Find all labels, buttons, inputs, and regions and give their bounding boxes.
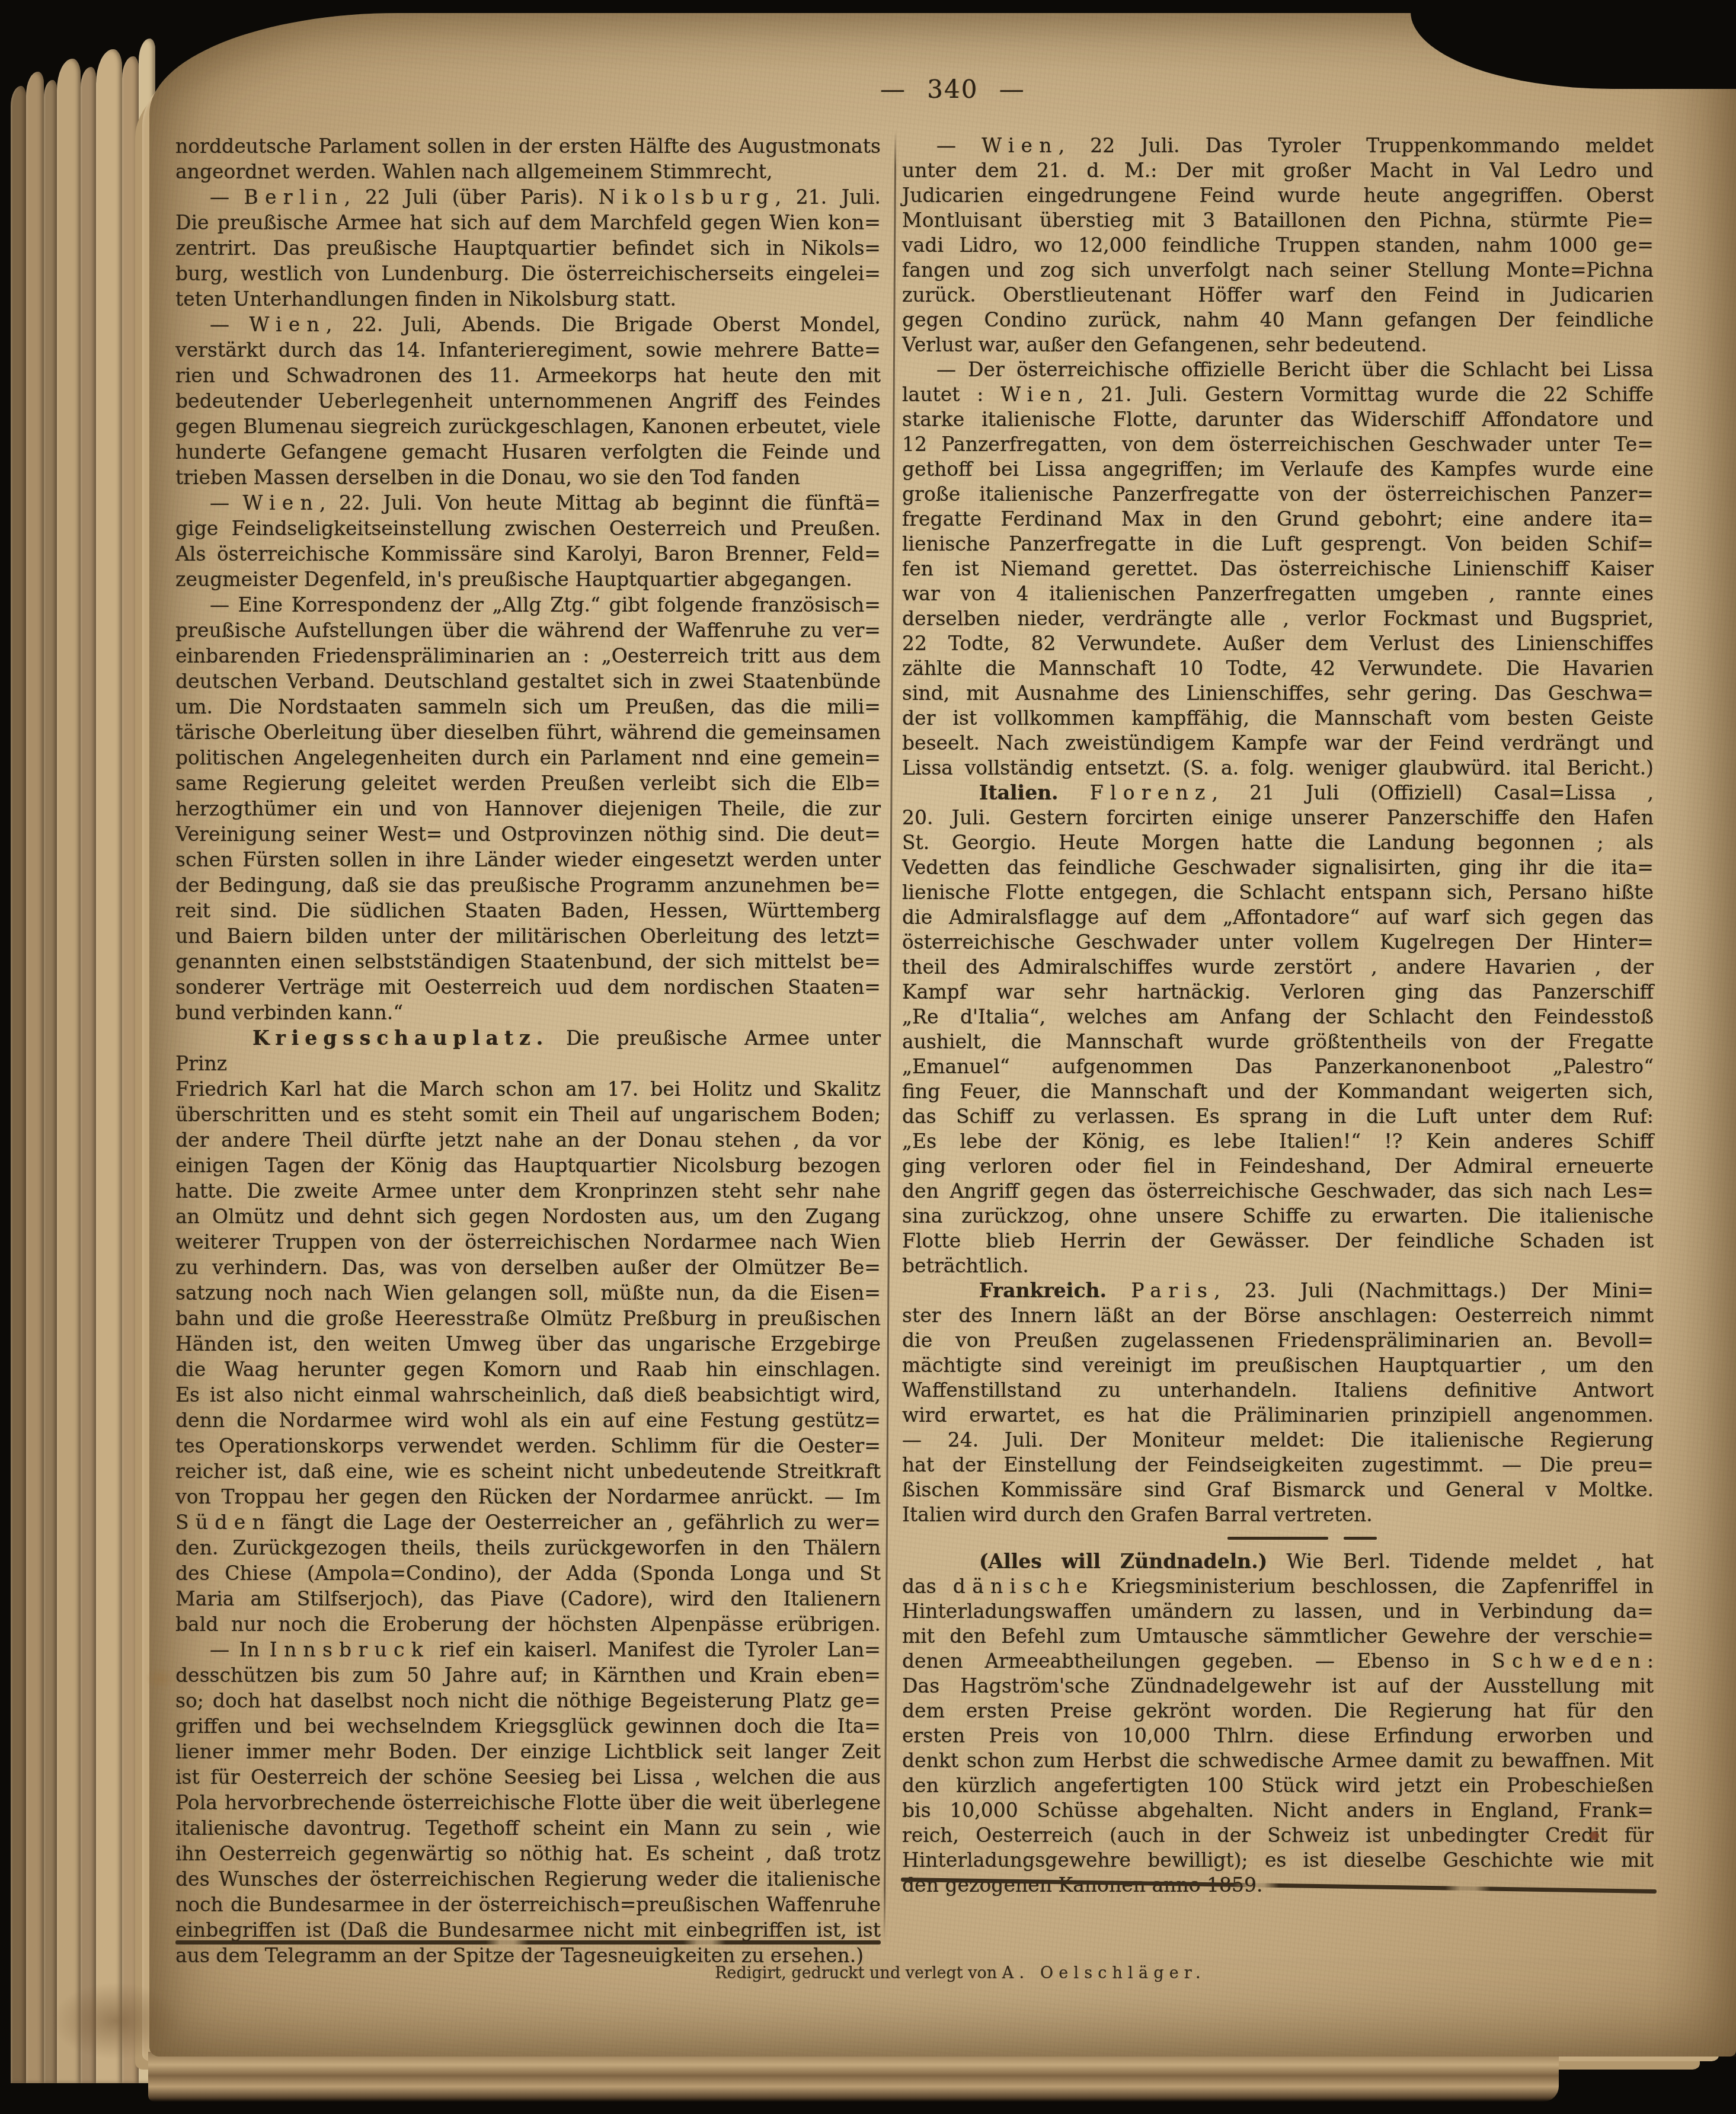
text-segment: dem ersten Preise gekrönt worden. Die Re… <box>902 1699 1654 1722</box>
text-line: preußische Aufstellungen über die währen… <box>175 618 881 643</box>
text-segment: hatte. Die zweite Armee unter dem Kronpr… <box>175 1179 881 1202</box>
text-segment: lienische Flotte entgegen, die Schlacht … <box>902 881 1654 904</box>
text-line: — Wien, 22 Juli. Das Tyroler Truppenkomm… <box>902 133 1654 158</box>
text-segment: rief ein kaiserl. Manifest die Tyroler L… <box>430 1638 881 1661</box>
text-segment: ster des Innern läßt an der Börse anschl… <box>902 1304 1654 1327</box>
text-segment: die von Preußen zugelassenen Friedensprä… <box>902 1329 1654 1352</box>
text-segment: einigen Tagen der König das Hauptquartie… <box>175 1154 881 1177</box>
text-segment: Innsbruck <box>270 1638 430 1661</box>
text-segment: desschützen bis zum 50 Jahre auf; in Kär… <box>175 1664 881 1687</box>
text-segment: von Troppau her gegen den Rücken der Nor… <box>175 1485 881 1508</box>
text-line: fen ist Niemand gerettet. Das österreich… <box>902 557 1654 581</box>
text-segment: „Emanuel“ aufgenommen Das Panzerkanonenb… <box>902 1055 1654 1078</box>
text-line: lienische Panzerfregatte in die Luft ges… <box>902 532 1654 557</box>
text-line: Kampf war sehr hartnäckig. Verloren ging… <box>902 980 1654 1005</box>
text-segment: das <box>902 1575 953 1598</box>
text-segment: Wien <box>1000 383 1078 406</box>
text-segment: wird erwartet, es hat die Präliminarien … <box>902 1403 1654 1427</box>
text-line: reich, Oesterreich (auch in der Schweiz … <box>902 1823 1654 1848</box>
text-segment: die Admiralsflagge auf dem „Affontadore“… <box>902 906 1654 929</box>
text-segment: war von 4 italienischen Panzerfregatten … <box>902 582 1654 605</box>
page-edge-strip <box>57 59 81 2083</box>
text-line: des Wunsches der österreichischen Regier… <box>175 1866 881 1892</box>
text-segment: denen Armeeabtheilungen gegeben. — Ebens… <box>902 1649 1492 1672</box>
text-segment: weiterer Truppen von der österreichische… <box>175 1230 881 1253</box>
text-segment: , 22 Juli. Das Tyroler Truppenkommando m… <box>1059 134 1654 157</box>
text-line: bund verbinden kann.“ <box>175 1000 881 1025</box>
text-line: die von Preußen zugelassenen Friedensprä… <box>902 1328 1654 1353</box>
text-segment: Florenz <box>1090 781 1212 804</box>
text-line: Frankreich. Paris, 23. Juli (Nachmittags… <box>902 1278 1654 1303</box>
text-segment: schen Fürsten sollen in ihre Länder wied… <box>175 848 881 871</box>
text-segment: denn die Nordarmee wird wohl als ein auf… <box>175 1409 881 1432</box>
text-line: gegen Condino zurück, nahm 40 Mann gefan… <box>902 308 1654 332</box>
text-segment: verstärkt durch das 14. Infanterieregime… <box>175 338 881 362</box>
text-line: an Olmütz und dehnt sich gegen Nordosten… <box>175 1204 881 1229</box>
text-line: same Regierung geleitet werden Preußen v… <box>175 770 881 796</box>
text-line: Das Hagström'sche Zündnadelgewehr ist au… <box>902 1674 1654 1699</box>
page-edge-strip <box>81 67 96 2083</box>
text-segment: Friedrich Karl hat die March schon am 17… <box>175 1077 881 1101</box>
scanned-newspaper-photo: { "page": { "header_display": "— 340 —" … <box>0 0 1736 2114</box>
text-line: denkt schon zum Herbst die schwedische A… <box>902 1748 1654 1773</box>
text-segment: aushielt, die Mannschaft wurde größtenth… <box>902 1030 1654 1053</box>
text-line: Waffenstillstand zu unterhandeln. Italie… <box>902 1378 1654 1403</box>
text-segment: den. Zurückgezogen theils, theils zurück… <box>175 1536 881 1559</box>
text-line: den. Zurückgezogen theils, theils zurück… <box>175 1535 881 1560</box>
text-line: das Schiff zu verlassen. Es sprang in di… <box>902 1104 1654 1129</box>
text-line: Hinterladungswaffen umändern zu lassen, … <box>902 1599 1654 1624</box>
text-line: zeugmeister Degenfeld, in's preußische H… <box>175 567 881 592</box>
text-segment: der andere Theil dürfte jetzt nahe an de… <box>175 1128 881 1152</box>
text-line: Pola hervorbrechende österreichische Flo… <box>175 1790 881 1815</box>
column-right: — Wien, 22 Juli. Das Tyroler Truppenkomm… <box>902 133 1654 1898</box>
text-segment: fing Feuer, die Mannschaft und der Komma… <box>902 1080 1654 1103</box>
text-segment: überschritten und es steht somit ein The… <box>175 1103 881 1126</box>
text-segment: ist für Oesterreich der schöne Seesieg b… <box>175 1766 881 1789</box>
text-segment: Waffenstillstand zu unterhandeln. Italie… <box>902 1379 1654 1402</box>
text-segment: derselben nieder, verdrängte alle , verl… <box>902 607 1654 630</box>
text-segment: Als österreichische Kommissäre sind Karo… <box>175 542 881 565</box>
text-segment: 12 Panzerfregatten, von dem österreichis… <box>902 433 1654 456</box>
text-segment: , 22 Juli (über Paris). <box>344 186 599 209</box>
text-segment: einbegriffen ist (Daß die Bundesarmee ni… <box>175 1918 881 1942</box>
text-line: mächtigte sind vereinigt im preußischen … <box>902 1353 1654 1378</box>
text-line: 22 Todte, 82 Verwundete. Außer dem Verlu… <box>902 631 1654 656</box>
text-segment: des Chiese (Ampola=Condino), der Adda (S… <box>175 1562 881 1585</box>
text-line: die Admiralsflagge auf dem „Affontadore“… <box>902 905 1654 930</box>
text-line: reicher ist, daß eine, wie es scheint ni… <box>175 1459 881 1484</box>
text-line: zentrirt. Das preußische Hauptquartier b… <box>175 235 881 261</box>
text-segment: St. Georgio. Heute Morgen hatte die Land… <box>902 831 1654 854</box>
text-segment: Lissa vollständig entsetzt. (S. a. folg.… <box>902 756 1654 779</box>
text-segment: politischen Angelegenheiten durch ein Pa… <box>175 746 881 769</box>
text-segment: der ist vollkommen kampffähig, die Manns… <box>902 706 1654 730</box>
text-line: ersten Preis von 10,000 Thlrn. diese Erf… <box>902 1723 1654 1748</box>
text-line: und Baiern bilden unter der militärische… <box>175 923 881 949</box>
text-segment: mächtigte sind vereinigt im preußischen … <box>902 1354 1654 1377</box>
text-segment: italienische davontrug. Tegethoff schein… <box>175 1816 881 1840</box>
book-page-stack <box>11 33 155 2083</box>
text-segment: reich, Oesterreich (auch in der Schweiz … <box>902 1824 1654 1847</box>
text-line: Italien. Florenz, 21 Juli (Offiziell) Ca… <box>902 781 1654 805</box>
text-line: beseelt. Nach zweistündigem Kampfe war d… <box>902 731 1654 756</box>
text-segment: trieben Massen derselben in die Donau, w… <box>175 466 800 489</box>
text-line: theil des Admiralschiffes wurde zerstört… <box>902 955 1654 980</box>
text-line: den Angriff gegen das österreichische Ge… <box>902 1179 1654 1204</box>
text-line: Händen ist, den weiten Umweg über das un… <box>175 1331 881 1357</box>
text-line: große italienische Panzerfregatte von de… <box>902 482 1654 507</box>
text-line: hunderte Gefangene gemacht Husaren verfo… <box>175 439 881 465</box>
text-line: — 24. Juli. Der Moniteur meldet: Die ita… <box>902 1428 1654 1453</box>
text-segment: den Angriff gegen das österreichische Ge… <box>902 1179 1654 1202</box>
text-line: angeordnet werden. Wahlen nach allgemein… <box>175 159 881 184</box>
text-line: fregatte Ferdinand Max in den Grund gebo… <box>902 507 1654 532</box>
text-segment: Es ist also nicht einmal wahrscheinlich,… <box>175 1383 881 1406</box>
text-line: der ist vollkommen kampffähig, die Manns… <box>902 706 1654 731</box>
text-segment: Das Hagström'sche Zündnadelgewehr ist au… <box>902 1674 1654 1697</box>
text-segment: bund verbinden kann.“ <box>175 1001 403 1024</box>
text-segment: preußische Aufstellungen über die währen… <box>175 619 881 642</box>
text-line: überschritten und es steht somit ein The… <box>175 1102 881 1127</box>
text-segment: herzogthümer ein und von Hannover diejen… <box>175 797 881 820</box>
text-line: St. Georgio. Heute Morgen hatte die Land… <box>902 830 1654 855</box>
text-line: liener immer mehr Boden. Der einzige Lic… <box>175 1739 881 1764</box>
text-segment: Die preußische Armee hat sich auf dem Ma… <box>175 211 881 234</box>
text-segment: Berlin <box>244 186 344 209</box>
imprint-text: Redigirt, gedruckt und verlegt von <box>715 1964 1002 1982</box>
text-line: Flotte blieb Herrin der Gewässer. Der fe… <box>902 1229 1654 1253</box>
text-line: sind, mit Ausnahme des Linienschiffes, s… <box>902 681 1654 706</box>
text-segment: Wie Berl. Tidende meldet , hat <box>1267 1550 1654 1573</box>
page-edge-strip <box>96 49 122 2083</box>
text-line: politischen Angelegenheiten durch ein Pa… <box>175 745 881 770</box>
text-segment: um. Die Nordstaaten sammeln sich um Preu… <box>175 695 881 718</box>
publisher-name: A. Oelschläger. <box>1002 1964 1206 1982</box>
text-line: desschützen bis zum 50 Jahre auf; in Kär… <box>175 1662 881 1688</box>
text-segment: bahn und die große Heeresstraße Olmütz P… <box>175 1307 881 1330</box>
text-segment: fangen und zog sich unverfolgt nach sein… <box>902 258 1654 282</box>
text-line: so; doch hat daselbst noch nicht die nöt… <box>175 1688 881 1713</box>
text-line: Friedrich Karl hat die March schon am 17… <box>175 1076 881 1102</box>
text-line: ihn Oesterreich gegenwärtig so nöthig ha… <box>175 1841 881 1866</box>
text-line: mit den Befehl zum Umtausche sämmtlicher… <box>902 1624 1654 1649</box>
text-segment: ging verloren oder fiel in Feindeshand, … <box>902 1154 1654 1178</box>
text-line: bahn und die große Heeresstraße Olmütz P… <box>175 1306 881 1331</box>
text-segment: Nikolsburg <box>599 186 775 209</box>
text-segment: den kürzlich angefertigten 100 Stück wir… <box>902 1774 1654 1797</box>
text-line: beträchtlich. <box>902 1253 1654 1278</box>
text-segment: ihn Oesterreich gegenwärtig so nöthig ha… <box>175 1842 881 1865</box>
text-segment: Kriegsministerium beschlossen, die Zapfe… <box>1094 1575 1654 1598</box>
text-segment: bis 10,000 Schüsse abgehalten. Nicht and… <box>902 1799 1654 1822</box>
text-line: bedeutender Ueberlegenheit unternommenen… <box>175 388 881 414</box>
text-segment: Verlust war, außer den Gefangenen, sehr … <box>902 333 1427 356</box>
text-line: der Bedingung, daß sie das preußische Pr… <box>175 872 881 898</box>
text-segment: und Baiern bilden unter der militärische… <box>175 925 881 948</box>
text-segment: gige Feindseligkeitseinstellung zwischen… <box>175 517 881 540</box>
text-segment: die Waag herunter gegen Komorn und Raab … <box>175 1358 881 1381</box>
text-line: lienische Flotte entgegen, die Schlacht … <box>902 880 1654 905</box>
text-line: griffen und bei wechselndem Kriegsglück … <box>175 1713 881 1739</box>
text-line: aushielt, die Mannschaft wurde größtenth… <box>902 1029 1654 1054</box>
text-segment: österreichische Geschwader unter vollem … <box>902 930 1654 954</box>
text-line: einbegriffen ist (Daß die Bundesarmee ni… <box>175 1917 881 1943</box>
text-segment: Italien. <box>979 781 1059 804</box>
column-left: norddeutsche Parlament sollen in der ers… <box>175 133 881 1968</box>
text-segment: — <box>210 313 249 336</box>
text-segment: Judicarien eingedrungene Feind wurde heu… <box>902 184 1654 207</box>
text-line: 12 Panzerfregatten, von dem österreichis… <box>902 432 1654 457</box>
text-line: — Berlin, 22 Juli (über Paris). Nikolsbu… <box>175 184 881 210</box>
newspaper-page: — 340 — norddeutsche Parlament sollen in… <box>149 13 1736 2057</box>
text-line: trieben Massen derselben in die Donau, w… <box>175 465 881 490</box>
text-line: ist für Oesterreich der schöne Seesieg b… <box>175 1764 881 1790</box>
text-line: hat der Einstellung der Feindseigkeiten … <box>902 1453 1654 1477</box>
text-segment: liener immer mehr Boden. Der einzige Lic… <box>175 1740 881 1763</box>
text-segment: Frankreich. <box>979 1279 1107 1302</box>
text-line: sina zurückzog, ohne unsere Schiffe zu e… <box>902 1204 1654 1229</box>
text-segment: gethoff bei Lissa angegriffen; im Verlau… <box>902 458 1654 481</box>
text-line: 20. Juli. Gestern forcirten einige unser… <box>902 805 1654 830</box>
text-segment: satzung noch nach Wien gelangen soll, mü… <box>175 1281 881 1304</box>
text-line: Judicarien eingedrungene Feind wurde heu… <box>902 183 1654 208</box>
text-segment: fregatte Ferdinand Max in den Grund gebo… <box>902 507 1654 530</box>
page-edge-strip <box>11 86 26 2083</box>
text-line: des Chiese (Ampola=Condino), der Adda (S… <box>175 1560 881 1586</box>
text-line: rien und Schwadronen des 11. Armeekorps … <box>175 363 881 388</box>
text-segment: rien und Schwadronen des 11. Armeekorps … <box>175 364 881 387</box>
text-segment: Vedetten das feindliche Geschwader signa… <box>902 856 1654 879</box>
text-segment: das Schiff zu verlassen. Es sprang in di… <box>902 1105 1654 1128</box>
text-line: um. Die Nordstaaten sammeln sich um Preu… <box>175 694 881 719</box>
text-segment: lienische Panzerfregatte in die Luft ges… <box>902 532 1654 555</box>
text-line: Die preußische Armee hat sich auf dem Ma… <box>175 210 881 235</box>
text-line: tes Operationskorps verwendet werden. Sc… <box>175 1433 881 1459</box>
text-segment: denkt schon zum Herbst die schwedische A… <box>902 1749 1654 1772</box>
text-segment: mit den Befehl zum Umtausche sämmtlicher… <box>902 1624 1654 1648</box>
text-segment: zeugmeister Degenfeld, in's preußische H… <box>175 568 852 591</box>
text-segment: Kampf war sehr hartnäckig. Verloren ging… <box>902 980 1654 1003</box>
end-rule-left <box>175 1940 881 1945</box>
text-line: einigen Tagen der König das Hauptquartie… <box>175 1153 881 1178</box>
text-segment: „Es lebe der König, es lebe Italien!“ !?… <box>902 1130 1654 1153</box>
text-segment: sind, mit Ausnahme des Linienschiffes, s… <box>902 682 1654 705</box>
text-segment: dänische <box>953 1575 1095 1598</box>
text-segment: — Eine Korrespondenz der „Allg Ztg.“ gib… <box>210 593 881 616</box>
text-line: burg, westlich von Lundenburg. Die öster… <box>175 261 881 286</box>
text-segment: , 21. Juli. Gestern Vormittag wurde die … <box>1078 383 1654 406</box>
text-line: gegen Blumenau siegreich zurückgeschlage… <box>175 414 881 439</box>
text-segment: so; doch hat daselbst noch nicht die nöt… <box>175 1689 881 1712</box>
text-line: norddeutsche Parlament sollen in der ers… <box>175 133 881 159</box>
text-line: bis 10,000 Schüsse abgehalten. Nicht and… <box>902 1798 1654 1823</box>
text-line: Verlust war, außer den Gefangenen, sehr … <box>902 332 1654 357</box>
text-segment: burg, westlich von Lundenburg. Die öster… <box>175 262 881 285</box>
text-segment <box>1107 1279 1131 1302</box>
text-segment: ersten Preis von 10,000 Thlrn. diese Erf… <box>902 1724 1654 1747</box>
text-segment: griffen und bei wechselndem Kriegsglück … <box>175 1715 881 1738</box>
text-line: noch die Bundesarmee in der österreichis… <box>175 1892 881 1917</box>
text-line: denen Armeeabtheilungen gegeben. — Ebens… <box>902 1649 1654 1674</box>
text-segment: einbarenden Friedenspräliminarien an : „… <box>175 644 881 667</box>
page-number: — 340 — <box>880 75 1025 104</box>
text-segment: Vereinigung seiner West= und Ostprovinze… <box>175 823 881 846</box>
text-line: unter dem 21. d. M.: Der mit großer Mach… <box>902 158 1654 183</box>
text-line: — Wien, 22. Juli. Von heute Mittag ab be… <box>175 490 881 516</box>
column-divider-rule <box>884 130 897 1945</box>
text-line: gige Feindseligkeitseinstellung zwischen… <box>175 516 881 541</box>
text-line: vadi Lidro, wo 12,000 feindliche Truppen… <box>902 233 1654 258</box>
section-divider-rule <box>1227 1537 1328 1540</box>
text-line: Als österreichische Kommissäre sind Karo… <box>175 541 881 567</box>
text-line: gethoff bei Lissa angegriffen; im Verlau… <box>902 457 1654 482</box>
text-line: lautet : Wien, 21. Juli. Gestern Vormitt… <box>902 382 1654 407</box>
text-segment: — Der österreichische offizielle Bericht… <box>936 358 1654 381</box>
text-line: Maria am Stilfserjoch), das Piave (Cador… <box>175 1586 881 1611</box>
text-line: die Waag herunter gegen Komorn und Raab … <box>175 1357 881 1382</box>
text-line: satzung noch nach Wien gelangen soll, mü… <box>175 1280 881 1306</box>
text-line: derselben nieder, verdrängte alle , verl… <box>902 606 1654 631</box>
text-line: — Wien, 22. Juli, Abends. Die Brigade Ob… <box>175 312 881 337</box>
text-segment: — 24. Juli. Der Moniteur meldet: Die ita… <box>902 1428 1654 1451</box>
text-segment: lautet : <box>902 383 1000 406</box>
text-line: herzogthümer ein und von Hannover diejen… <box>175 796 881 821</box>
text-segment: beseelt. Nach zweistündigem Kampfe war d… <box>902 731 1654 754</box>
text-line: (Alles will Zündnadeln.) Wie Berl. Tiden… <box>902 1549 1654 1574</box>
text-segment: Süden <box>175 1511 271 1534</box>
text-line: reit sind. Die südlichen Staaten Baden, … <box>175 898 881 923</box>
text-segment: deutschen Verband. Deutschland gestaltet… <box>175 670 881 693</box>
text-line: das dänische Kriegsministerium beschloss… <box>902 1574 1654 1599</box>
text-line: einbarenden Friedenspräliminarien an : „… <box>175 643 881 669</box>
text-segment: — <box>210 491 242 514</box>
text-line: „Re d'Italia“, welches am Anfang der Sch… <box>902 1005 1654 1029</box>
text-line: wird erwartet, es hat die Präliminarien … <box>902 1403 1654 1428</box>
text-segment: noch die Bundesarmee in der österreichis… <box>175 1893 881 1916</box>
text-segment: sonderer Verträge mit Oesterreich uud de… <box>175 976 881 999</box>
text-segment: große italienische Panzerfregatte von de… <box>902 482 1654 506</box>
text-segment: angeordnet werden. Wahlen nach allgemein… <box>175 160 772 183</box>
text-segment: teten Unterhandlungen finden in Nikolsbu… <box>175 287 676 311</box>
text-line: starke italienische Flotte, darunter das… <box>902 407 1654 432</box>
text-segment: Italien wird durch den Grafen Barral ver… <box>902 1503 1373 1526</box>
text-segment: gegen Condino zurück, nahm 40 Mann gefan… <box>902 308 1654 331</box>
text-segment: Wien <box>249 313 326 336</box>
text-line: ster des Innern läßt an der Börse anschl… <box>902 1303 1654 1328</box>
text-line: von Troppau her gegen den Rücken der Nor… <box>175 1484 881 1509</box>
text-segment <box>1059 781 1090 804</box>
text-line: der andere Theil dürfte jetzt nahe an de… <box>175 1127 881 1153</box>
text-segment: , 22. Juli. Von heute Mittag ab beginnt … <box>319 491 881 514</box>
text-segment: — <box>210 186 244 209</box>
text-line: verstärkt durch das 14. Infanterieregime… <box>175 337 881 363</box>
text-segment: fen ist Niemand gerettet. Das österreich… <box>902 557 1654 580</box>
text-line: Vedetten das feindliche Geschwader signa… <box>902 855 1654 880</box>
text-segment: „Re d'Italia“, welches am Anfang der Sch… <box>902 1005 1654 1028</box>
text-segment: : <box>1647 1649 1654 1672</box>
text-segment: zurück. Oberstlieutenant Höffer warf den… <box>902 283 1654 306</box>
text-line: dem ersten Preise gekrönt worden. Die Re… <box>902 1699 1654 1723</box>
text-segment: same Regierung geleitet werden Preußen v… <box>175 772 881 795</box>
text-segment: Händen ist, den weiten Umweg über das un… <box>175 1332 881 1355</box>
text-line: Montluisant überstieg mit 3 Bataillonen … <box>902 208 1654 233</box>
text-line: ging verloren oder fiel in Feindeshand, … <box>902 1154 1654 1179</box>
text-segment: ßischen Kommissäre sind Graf Bismarck un… <box>902 1478 1654 1501</box>
text-segment: starke italienische Flotte, darunter das… <box>902 408 1654 431</box>
text-segment: vadi Lidro, wo 12,000 feindliche Truppen… <box>902 234 1654 257</box>
text-line: Es ist also nicht einmal wahrscheinlich,… <box>175 1382 881 1408</box>
text-segment: bedeutender Ueberlegenheit unternommenen… <box>175 389 881 412</box>
text-segment: tärische Oberleitung über dieselben führ… <box>175 721 881 744</box>
text-segment: hunderte Gefangene gemacht Husaren verfo… <box>175 440 881 463</box>
text-segment: (Alles will Zündnadeln.) <box>979 1550 1267 1573</box>
text-line: deutschen Verband. Deutschland gestaltet… <box>175 669 881 694</box>
text-segment: norddeutsche Parlament sollen in der ers… <box>175 135 881 158</box>
text-line: schen Fürsten sollen in ihre Länder wied… <box>175 847 881 872</box>
text-segment: gegen Blumenau siegreich zurückgeschlage… <box>175 415 881 438</box>
text-line: fing Feuer, die Mannschaft und der Komma… <box>902 1079 1654 1104</box>
text-line: Süden fängt die Lage der Oesterreicher a… <box>175 1509 881 1535</box>
text-segment: 22 Todte, 82 Verwundete. Außer dem Verlu… <box>902 632 1654 655</box>
text-line: — Eine Korrespondenz der „Allg Ztg.“ gib… <box>175 592 881 618</box>
text-line: Kriegsschauplatz. Die preußische Armee u… <box>175 1025 881 1076</box>
text-segment: zählte die Mannschaft 10 Todte, 42 Verwu… <box>902 657 1654 680</box>
text-segment: — In <box>210 1638 270 1661</box>
text-segment: Schweden <box>1492 1649 1647 1672</box>
text-line: zu verhindern. Das, was von derselben au… <box>175 1255 881 1280</box>
text-line: Italien wird durch den Grafen Barral ver… <box>902 1502 1654 1527</box>
text-segment: des Wunsches der österreichischen Regier… <box>175 1867 881 1891</box>
text-segment: , 21 Juli (Offiziell) Casal=Lissa , <box>1212 781 1654 804</box>
text-segment: Maria am Stilfserjoch), das Piave (Cador… <box>175 1587 881 1610</box>
text-segment: Hinterladungsgewehre bewilligt); es ist … <box>902 1848 1654 1872</box>
text-line: Lissa vollständig entsetzt. (S. a. folg.… <box>902 756 1654 781</box>
text-line: ßischen Kommissäre sind Graf Bismarck un… <box>902 1477 1654 1502</box>
text-segment: reicher ist, daß eine, wie es scheint ni… <box>175 1460 881 1483</box>
text-segment: , 21. Juli. <box>775 186 881 209</box>
text-segment: unter dem 21. d. M.: Der mit großer Mach… <box>902 159 1654 182</box>
text-line: zurück. Oberstlieutenant Höffer warf den… <box>902 283 1654 308</box>
page-bottom-edges <box>148 2052 1559 2102</box>
text-segment: Flotte blieb Herrin der Gewässer. Der fe… <box>902 1229 1654 1252</box>
text-segment: 20. Juli. Gestern forcirten einige unser… <box>902 806 1654 829</box>
text-segment: genannten einen selbstständigen Staatenb… <box>175 950 881 973</box>
text-line: — Der österreichische offizielle Bericht… <box>902 357 1654 382</box>
text-segment: tes Operationskorps verwendet werden. Sc… <box>175 1434 881 1457</box>
text-segment: hat der Einstellung der Feindseigkeiten … <box>902 1453 1654 1476</box>
text-line: Hinterladungsgewehre bewilligt); es ist … <box>902 1848 1654 1873</box>
imprint-footer: Redigirt, gedruckt und verlegt von A. Oe… <box>149 1964 1736 1982</box>
page-edge-strip <box>44 80 57 2083</box>
text-line: — In Innsbruck rief ein kaiserl. Manifes… <box>175 1637 881 1662</box>
text-line: sonderer Verträge mit Oesterreich uud de… <box>175 974 881 1000</box>
text-line: teten Unterhandlungen finden in Nikolsbu… <box>175 286 881 312</box>
text-line: denn die Nordarmee wird wohl als ein auf… <box>175 1408 881 1433</box>
text-segment: reit sind. Die südlichen Staaten Baden, … <box>175 899 881 922</box>
text-line: genannten einen selbstständigen Staatenb… <box>175 949 881 974</box>
text-segment: fängt die Lage der Oesterreicher an , ge… <box>271 1511 881 1534</box>
text-line: weiterer Truppen von der österreichische… <box>175 1229 881 1255</box>
text-segment: beträchtlich. <box>902 1254 1029 1277</box>
text-segment: Wien <box>982 134 1059 157</box>
text-segment: Hinterladungswaffen umändern zu lassen, … <box>902 1600 1654 1623</box>
text-line: war von 4 italienischen Panzerfregatten … <box>902 581 1654 606</box>
text-segment: Wien <box>242 491 319 514</box>
text-segment: theil des Admiralschiffes wurde zerstört… <box>902 955 1654 978</box>
text-line: Vereinigung seiner West= und Ostprovinze… <box>175 821 881 847</box>
gutter-crease <box>1655 13 1736 2057</box>
